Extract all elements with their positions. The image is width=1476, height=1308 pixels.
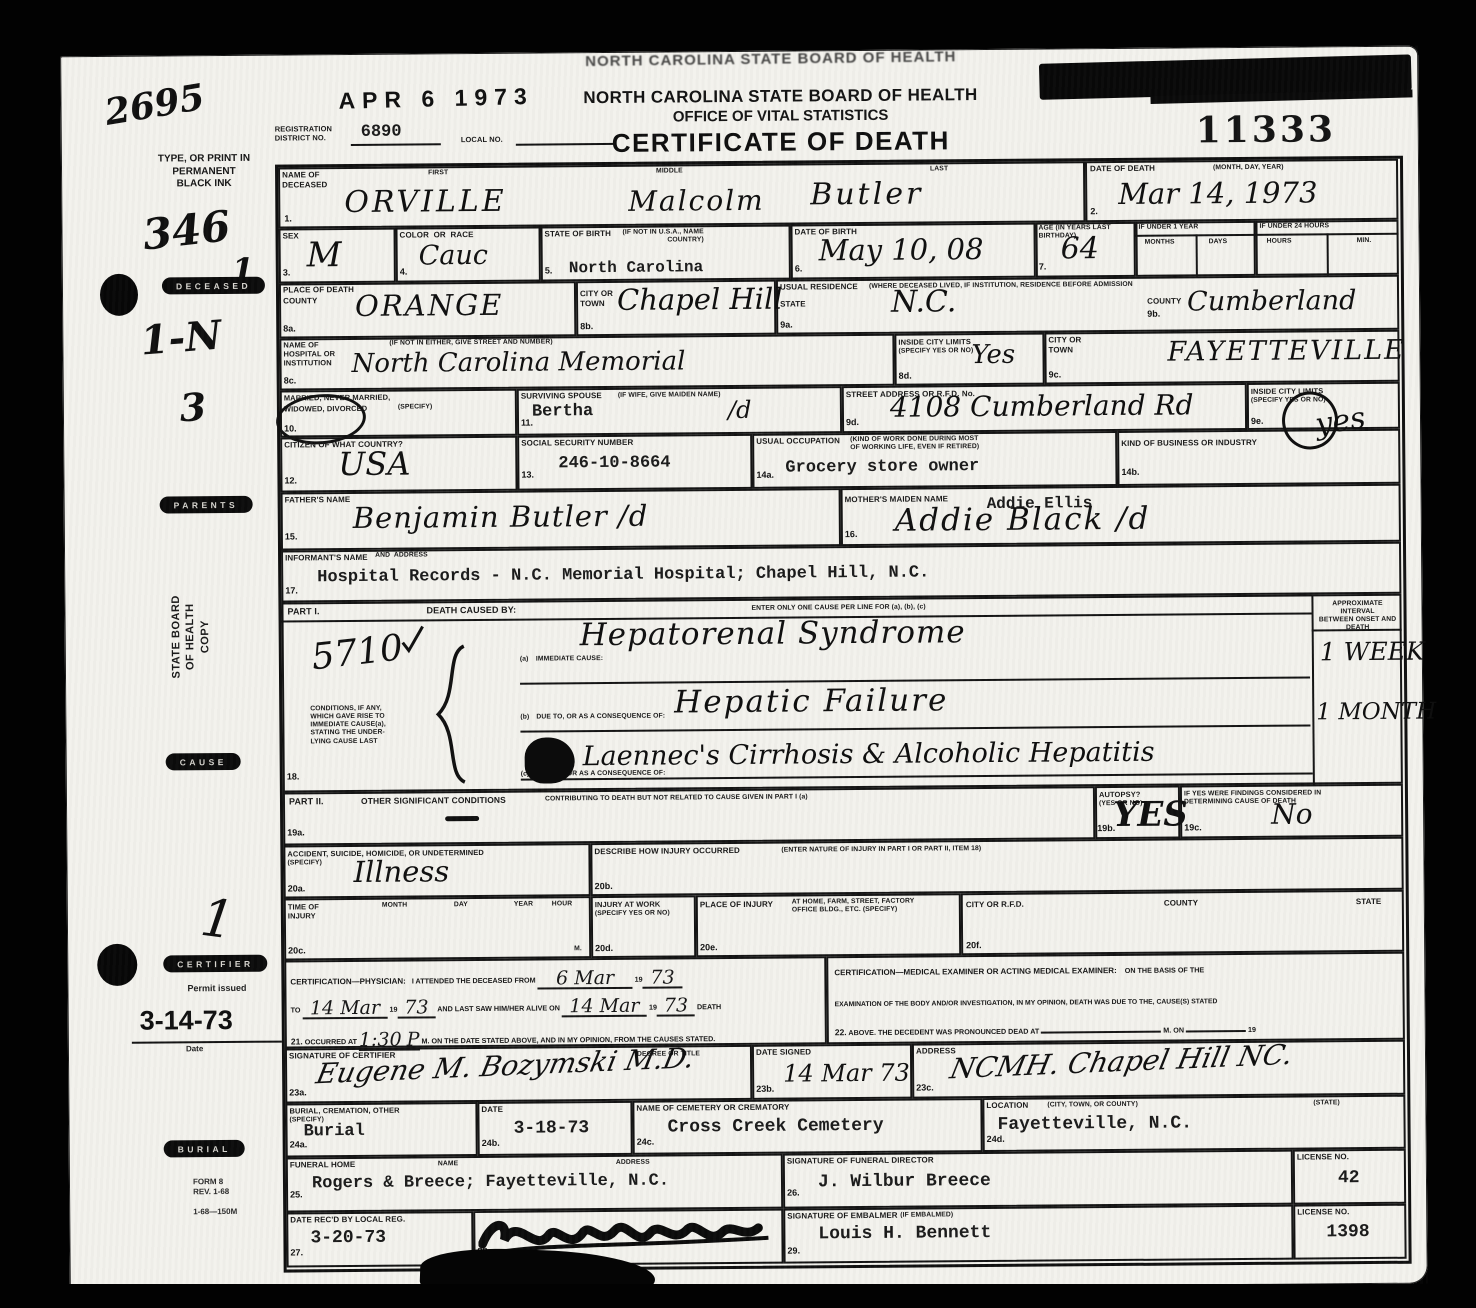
item5-number: 5. (545, 265, 553, 275)
pronounced-time-blank (1041, 1031, 1161, 1034)
item17-number: 17. (285, 585, 298, 595)
injury-at-work-sublabel: (SPECIFY YES OR NO) (595, 910, 670, 919)
injury-m-label: M. (574, 945, 582, 953)
injury-at-work-label: INJURY AT WORK (595, 900, 661, 910)
describe-injury-note: (ENTER NATURE OF INJURY IN PART I OR PAR… (781, 845, 981, 855)
ssn-label: SOCIAL SECURITY NUMBER (521, 438, 633, 448)
under24-divider-v (1327, 233, 1329, 275)
funeral-home-address-sublabel: ADDRESS (616, 1159, 650, 1167)
section-tab-parents: PARENTS (160, 496, 253, 514)
enter-one-cause-note: ENTER ONLY ONE CAUSE PER LINE FOR (a), (… (751, 604, 925, 614)
embalmer-license-label: LICENSE NO. (1297, 1207, 1349, 1217)
month-label: MONTH (382, 902, 407, 910)
age-value: 64 (1061, 231, 1099, 266)
permit-issued-date: 3-14-73 (140, 1005, 233, 1037)
hour-label: HOUR (552, 900, 572, 908)
item29-number: 29. (787, 1246, 800, 1256)
location-label: LOCATION (986, 1101, 1028, 1111)
informant-label: INFORMANT'S NAME (285, 553, 368, 563)
informant-label-2: AND ADDRESS (375, 551, 428, 560)
part1-label: PART I. (287, 606, 319, 617)
residence-county-value: Cumberland (1187, 285, 1356, 317)
item21-number: 21. (291, 1036, 303, 1046)
city-of-death-label: CITY OR TOWN (580, 289, 613, 308)
day-label: DAY (454, 901, 468, 909)
residence-city-value: Fayetteville (1167, 335, 1406, 368)
year-prefix-3: 19 (649, 1003, 657, 1012)
marital-specify-label: (SPECIFY) (398, 403, 433, 411)
place-of-injury-label: PLACE OF INJURY (700, 900, 773, 910)
item9a-number: 9a. (780, 320, 793, 330)
item20b-number: 20b. (595, 881, 613, 891)
alive-year-field: 73 (657, 992, 695, 1016)
findings-value: No (1271, 797, 1313, 830)
immediate-cause-value: Hepatorenal Syndrome (580, 614, 966, 653)
residence-county-label: COUNTY (1147, 296, 1181, 306)
item14b-number: 14b. (1121, 467, 1139, 477)
item19c-number: 19c. (1184, 822, 1202, 832)
item3-number: 3. (283, 267, 291, 277)
item27-number: 27. (290, 1247, 303, 1257)
usual-residence-label: USUAL RESIDENCE (780, 282, 858, 292)
section-tab-cause: CAUSE (166, 753, 241, 771)
me-t1: ON THE BASIS OF THE (1125, 965, 1205, 975)
item22-number: 22. (835, 1027, 847, 1037)
funeral-home-value: Rogers & Breece; Fayetteville, N.C. (312, 1173, 669, 1194)
days-label: DAYS (1209, 238, 1228, 246)
date-of-death-sublabel: (MONTH, DAY, YEAR) (1213, 164, 1284, 173)
item18-number: 18. (287, 771, 300, 781)
copy-stamp: STATE BOARD OF HEALTH COPY (169, 577, 213, 697)
embalmer-value: Louis H. Bennett (818, 1224, 991, 1245)
form-print-code: 1-68—150M (193, 1207, 237, 1216)
embalmer-license-value: 1398 (1326, 1223, 1369, 1243)
margin-scribble-slash: 1 (197, 888, 238, 952)
hospital-label: NAME OF HOSPITAL OR INSTITUTION (283, 340, 335, 367)
item13-number: 13. (521, 470, 534, 480)
year-prefix-2: 19 (389, 1005, 397, 1014)
item20f-number: 20f. (966, 940, 982, 950)
attended-to-value: 14 Mar (310, 997, 380, 1020)
ghost-header-text: NORTH CAROLINA STATE BOARD OF HEALTH (585, 48, 956, 70)
citizen-value: USA (338, 445, 410, 484)
funeral-home-name-sublabel: NAME (438, 1160, 458, 1168)
item9e-number: 9e. (1251, 416, 1264, 426)
conditions-brace (428, 644, 471, 784)
immediate-cause-label: IMMEDIATE CAUSE: (536, 655, 603, 664)
item15-number: 15. (285, 531, 298, 541)
item12-number: 12. (284, 475, 297, 485)
deceased-middle-name: Malcolm (628, 184, 765, 218)
certificate-paper: NORTH CAROLINA STATE BOARD OF HEALTH APR… (60, 46, 1428, 1295)
form-code: FORM 8 REV. 1-68 (193, 1177, 229, 1198)
certificate-form: NAME OF DECEASED FIRST MIDDLE LAST 1. Or… (275, 156, 1412, 1273)
hours-label: HOURS (1267, 238, 1292, 246)
item1-number: 1. (284, 213, 292, 223)
date-of-birth-value: May 10, 08 (819, 232, 984, 267)
occurred-at-label: OCCURRED AT (305, 1037, 357, 1046)
cemetery-label: NAME OF CEMETERY OR CREMATORY (636, 1103, 789, 1114)
scanned-death-certificate: { "page": { "stamp_date": "APR 6 1973", … (0, 0, 1476, 1308)
from-year-value: 73 (650, 966, 674, 988)
cause-b-interval: 1 month (1316, 698, 1436, 725)
registration-label-1: REGISTRATION (275, 124, 332, 133)
item23c-number: 23c. (916, 1082, 934, 1092)
describe-injury-label: DESCRIBE HOW INJURY OCCURRED (594, 846, 740, 857)
spouse-label: SURVIVING SPOUSE (521, 391, 602, 401)
state-of-birth-label: STATE OF BIRTH (545, 229, 612, 239)
county-label: COUNTY (283, 296, 317, 306)
attended-from-value: 6 Mar (556, 967, 614, 989)
to-year-field: 73 (397, 994, 435, 1018)
burial-method-value: Burial (304, 1123, 365, 1142)
hole-punch-bottom (97, 944, 137, 986)
father-name-value: Benjamin Butler /d (353, 499, 649, 535)
autopsy-value: Yes (1113, 794, 1188, 835)
board-title-line2: OFFICE OF VITAL STATISTICS (491, 105, 1071, 127)
district-underline (351, 143, 441, 146)
conditions-note: CONDITIONS, IF ANY, WHICH GAVE RISE TO I… (310, 705, 386, 746)
ink-instruction-note: TYPE, OR PRINT IN PERMANENT BLACK INK (149, 153, 259, 191)
item20d-number: 20d. (595, 943, 613, 953)
physician-line-2: TO 14 Mar 1973 AND LAST SAW HIM/HER ALIV… (291, 992, 722, 1019)
item9c-number: 9c. (1049, 369, 1062, 379)
registration-label-2: DISTRICT NO. (275, 133, 326, 142)
time-of-injury-label: TIME OF INJURY (288, 902, 319, 920)
item2-number: 2. (1090, 206, 1098, 216)
item8c-number: 8c. (284, 375, 297, 385)
item23b-number: 23b. (756, 1084, 774, 1094)
race-value: Cauc (419, 240, 489, 272)
item24b-number: 24b. (482, 1138, 500, 1148)
item8b-number: 8b. (580, 321, 593, 331)
me-19: 19 (1248, 1025, 1256, 1034)
attended-from-field: 6 Mar (537, 965, 632, 990)
permit-issued-label: Permit issued (187, 983, 246, 993)
injury-state-label: STATE (1356, 897, 1382, 907)
physician-t1: I ATTENDED THE DECEASED FROM (412, 976, 536, 986)
ink-blob (524, 737, 574, 783)
manner-value: Illness (353, 854, 449, 889)
father-name-label: FATHER'S NAME (285, 495, 351, 505)
spouse-sublabel: (IF WIFE, GIVE MAIDEN NAME) (618, 391, 721, 400)
year-prefix-1: 19 (635, 975, 643, 984)
certificate-title: CERTIFICATE OF DEATH (491, 124, 1071, 160)
item9b-number: 9b. (1147, 309, 1160, 319)
item9d-number: 9d. (846, 417, 859, 427)
item19a-number: 19a. (287, 827, 305, 837)
section-tab-deceased: DECEASED (162, 277, 265, 295)
hole-punch-top (100, 274, 138, 316)
months-label: MONTHS (1145, 239, 1175, 247)
registration-district-number: 6890 (361, 124, 402, 143)
spouse-value: Bertha (532, 403, 593, 422)
margin-scribble-1n: 1-N (139, 312, 223, 365)
under-24-hours-label: IF UNDER 24 HOURS (1259, 222, 1329, 231)
burial-date-value: 3-18-73 (513, 1119, 589, 1139)
min-label: MIN. (1357, 237, 1372, 245)
from-year-field: 73 (642, 964, 682, 988)
cause-code-checkmark (400, 624, 426, 654)
item20a-number: 20a. (288, 883, 306, 893)
deceased-first-name: Orville (344, 184, 507, 220)
race-label: COLOR OR RACE (400, 230, 474, 240)
item8d-number: 8d. (899, 371, 912, 381)
date-received-label: DATE REC'D BY LOCAL REG. (290, 1215, 405, 1225)
item20e-number: 20e. (700, 942, 718, 952)
item20c-number: 20c. (288, 945, 306, 955)
death-caused-by-label: DEATH CAUSED BY: (426, 605, 516, 617)
burial-date-label: DATE (481, 1105, 503, 1115)
date-of-death-label: DATE OF DEATH (1090, 164, 1155, 174)
under1-divider-v (1196, 234, 1198, 276)
item16-number: 16. (845, 529, 858, 539)
cause-c-value: Laennec's Cirrhosis & Alcoholic Hepatiti… (583, 737, 1155, 772)
burial-method-label: BURIAL, CREMATION, OTHER (289, 1106, 399, 1116)
margin-scribble-2695: 2695 (102, 76, 208, 134)
funeral-home-label: FUNERAL HOME (290, 1160, 356, 1170)
place-of-injury-note: AT HOME, FARM, STREET, FACTORY OFFICE BL… (792, 898, 915, 915)
section-tab-burial: BURIAL (164, 1140, 245, 1158)
due-to-label-b: DUE TO, OR AS A CONSEQUENCE OF: (536, 713, 665, 722)
field-time-of-injury (284, 896, 591, 960)
hospital-value: North Carolina Memorial (351, 346, 685, 379)
spouse-deceased-note: /d (728, 396, 752, 424)
attended-to-field: 14 Mar (302, 995, 387, 1020)
item6-number: 6. (795, 263, 803, 273)
cause-a-letter: (a) (520, 656, 529, 664)
date-signed-label: DATE SIGNED (756, 1047, 811, 1057)
icl-death-value: Yes (971, 340, 1015, 370)
deceased-last-name: Butler (810, 177, 923, 213)
permit-date-underline (132, 1041, 282, 1044)
occupation-label: USUAL OCCUPATION (756, 436, 840, 446)
cause-a-interval: 1 week (1320, 637, 1425, 667)
to-year-value: 73 (404, 996, 428, 1018)
injury-city-label: CITY OR R.F.D. (966, 900, 1024, 910)
item26-number: 26. (787, 1188, 800, 1198)
item4-number: 4. (400, 267, 408, 277)
margin-scribble-346: 346 (140, 201, 233, 260)
date-received-value: 3-20-73 (310, 1229, 386, 1249)
icl-death-sublabel: (SPECIFY YES OR NO) (898, 347, 973, 356)
last-col-label: LAST (930, 165, 948, 173)
me-m-on: M. ON (1163, 1025, 1184, 1034)
cemetery-value: Cross Creek Cemetery (667, 1117, 883, 1138)
physician-title: CERTIFICATION—PHYSICIAN: (290, 977, 405, 987)
me-t3: ABOVE. THE DECEDENT WAS PRONOUNCED DEAD … (848, 1027, 1039, 1037)
icl-residence-value: yes (1313, 400, 1368, 442)
item14a-number: 14a. (756, 470, 774, 480)
field-kind-of-business (1117, 429, 1400, 486)
under-1-year-label: IF UNDER 1 YEAR (1138, 223, 1198, 232)
pronounced-date-blank (1186, 1030, 1246, 1032)
state-of-birth-value: North Carolina (569, 259, 704, 278)
physician-line-1: CERTIFICATION—PHYSICIAN: I ATTENDED THE … (290, 964, 682, 991)
location-state-sublabel: (STATE) (1313, 1099, 1340, 1107)
sex-value: M (307, 235, 342, 275)
county-value: Orange (355, 288, 504, 323)
alive-on-value: 14 Mar (569, 995, 639, 1018)
mother-name-written: Addie Black /d (895, 501, 1151, 539)
icl-death-label: INSIDE CITY LIMITS (898, 337, 971, 347)
year-label: YEAR (514, 901, 533, 909)
alive-on-field: 14 Mar (562, 993, 647, 1018)
item25-number: 25. (290, 1189, 303, 1199)
residence-state-label: STATE (780, 299, 806, 309)
item7-number: 7. (1039, 262, 1047, 272)
hospital-sublabel: (IF NOT IN EITHER, GIVE STREET AND NUMBE… (389, 338, 552, 347)
date-of-death-value: Mar 14, 1973 (1118, 175, 1317, 211)
business-label: KIND OF BUSINESS OR INDUSTRY (1121, 438, 1257, 449)
sex-label: SEX (283, 231, 299, 241)
ssn-value: 246-10-8664 (558, 455, 670, 475)
section-tab-certifier: CERTIFIER (163, 955, 268, 973)
name-of-deceased-label: NAME OF DECEASED (282, 170, 327, 190)
embalmer-label: SIGNATURE OF EMBALMER (787, 1211, 897, 1221)
part2-dash-mark (445, 816, 479, 821)
cause-b-value: Hepatic Failure (674, 682, 948, 720)
death-word: DEATH (697, 1002, 721, 1011)
director-license-value: 42 (1338, 1169, 1360, 1189)
certifier-address-label: ADDRESS (916, 1046, 956, 1056)
bottom-scan-band (0, 1284, 1476, 1308)
manner-specify-label: (SPECIFY) (287, 859, 322, 867)
item24c-number: 24c. (637, 1137, 655, 1147)
to-label: TO (291, 1005, 301, 1014)
state-of-birth-sublabel: (IF NOT IN U.S.A., NAME COUNTRY) (623, 228, 704, 245)
city-of-death-value: Chapel Hill (617, 282, 783, 317)
physician-t2: AND LAST SAW HIM/HER ALIVE ON (437, 1003, 560, 1013)
funeral-director-value: J. Wilbur Breece (818, 1172, 991, 1193)
permit-date-label: Date (186, 1044, 203, 1053)
alive-year-value: 73 (664, 994, 688, 1016)
cause-b-letter: (b) (520, 714, 529, 722)
item8a-number: 8a. (283, 323, 296, 333)
residence-state-value: N.C. (891, 284, 957, 320)
first-col-label: FIRST (428, 169, 448, 177)
director-license-label: LICENSE NO. (1297, 1152, 1349, 1162)
item23a-number: 23a. (289, 1087, 307, 1097)
margin-scribble-3: 3 (178, 384, 207, 431)
place-of-death-label: PLACE OF DEATH (283, 285, 354, 295)
date-signed-value: 14 Mar 73 (783, 1059, 910, 1088)
other-conditions-label: OTHER SIGNIFICANT CONDITIONS (361, 795, 506, 806)
location-sublabel: (CITY, TOWN, OR COUNTY) (1047, 1101, 1138, 1110)
funeral-director-label: SIGNATURE OF FUNERAL DIRECTOR (787, 1155, 934, 1166)
residence-city-label: CITY OR TOWN (1048, 335, 1081, 354)
certificate-number: 11333 (1196, 108, 1337, 151)
location-value: Fayetteville, N.C. (997, 1114, 1192, 1135)
middle-col-label: MIDDLE (656, 167, 683, 175)
part2-label: PART II. (289, 796, 324, 807)
street-address-value: 4108 Cumberland Rd (890, 388, 1194, 423)
embalmer-sublabel: (IF EMBALMED) (900, 1211, 953, 1220)
occupation-sublabel: (KIND OF WORK DONE DURING MOST OF WORKIN… (850, 435, 979, 452)
injury-county-label: COUNTY (1164, 898, 1198, 908)
occupation-value: Grocery store owner (785, 458, 979, 478)
